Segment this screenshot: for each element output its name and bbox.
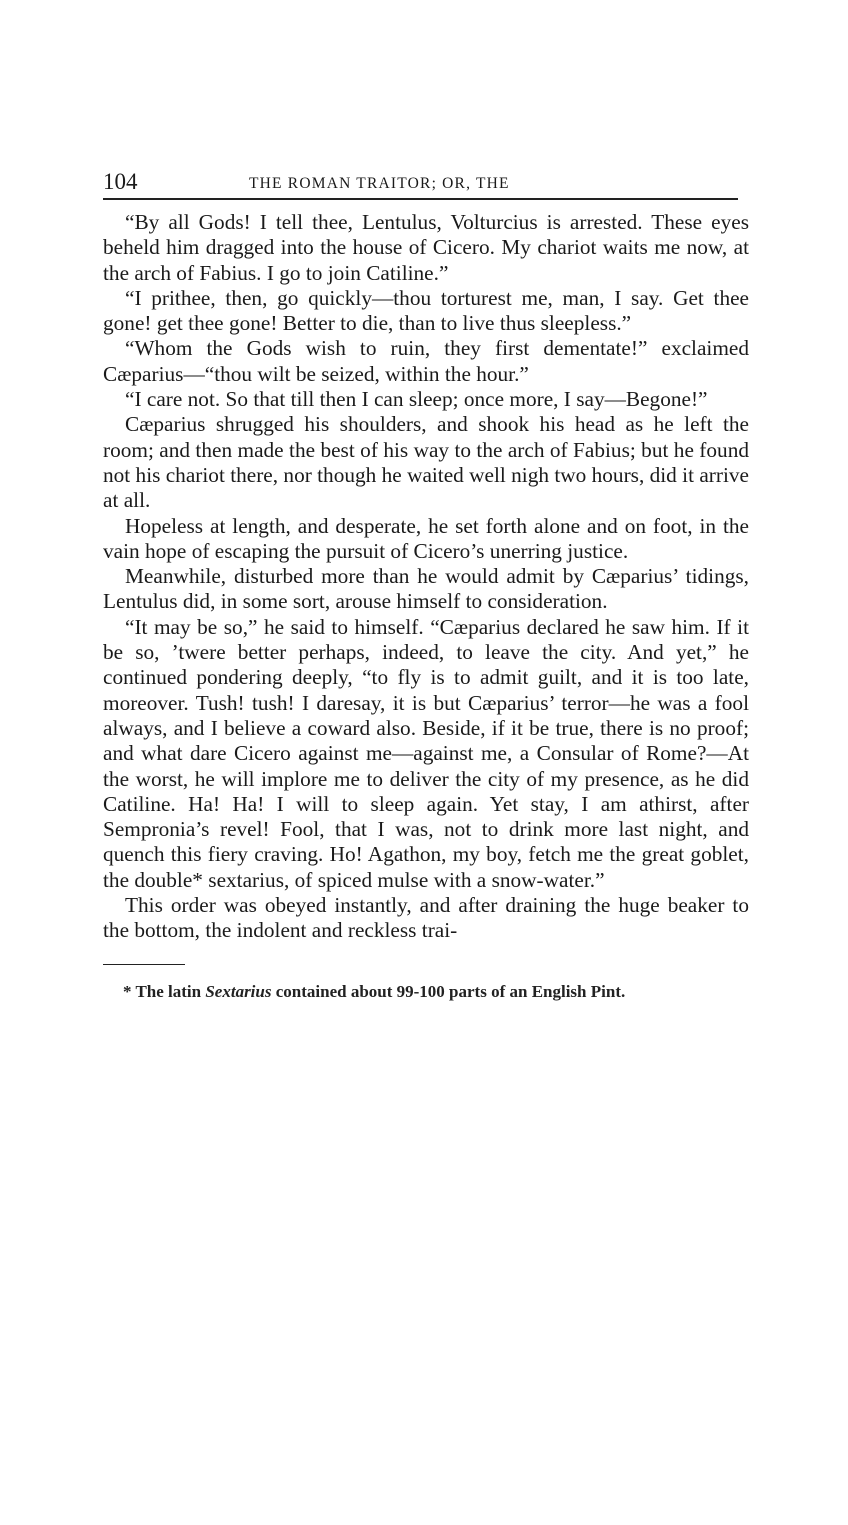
paragraph: Cæparius shrugged his shoulders, and sho… [103,412,749,513]
header-rule [103,198,738,200]
footnote-text-suffix: contained about 99-100 parts of an Engli… [271,982,625,1001]
book-page: 104 THE ROMAN TRAITOR; OR, THE “By all G… [103,168,760,1002]
body-text: “By all Gods! I tell thee, Lentulus, Vol… [103,210,749,944]
footnote-marker: * [123,982,132,1001]
paragraph: This order was obeyed instantly, and aft… [103,893,749,944]
paragraph: “Whom the Gods wish to ruin, they first … [103,336,749,387]
footnote-italic-term: Sextarius [205,982,271,1001]
footnote-rule [103,964,185,965]
paragraph: “I care not. So that till then I can sle… [103,387,749,412]
footnote: * The latin Sextarius contained about 99… [103,981,749,1002]
footnote-text-prefix: The latin [132,982,206,1001]
paragraph: Hopeless at length, and desperate, he se… [103,514,749,565]
running-title: THE ROMAN TRAITOR; OR, THE [249,170,510,198]
running-head: 104 THE ROMAN TRAITOR; OR, THE [103,168,760,196]
paragraph: “It may be so,” he said to himself. “Cæp… [103,615,749,893]
paragraph: “I prithee, then, go quickly—thou tortur… [103,286,749,337]
paragraph: Meanwhile, disturbed more than he would … [103,564,749,615]
page-number: 104 [103,168,138,196]
paragraph: “By all Gods! I tell thee, Lentulus, Vol… [103,210,749,286]
